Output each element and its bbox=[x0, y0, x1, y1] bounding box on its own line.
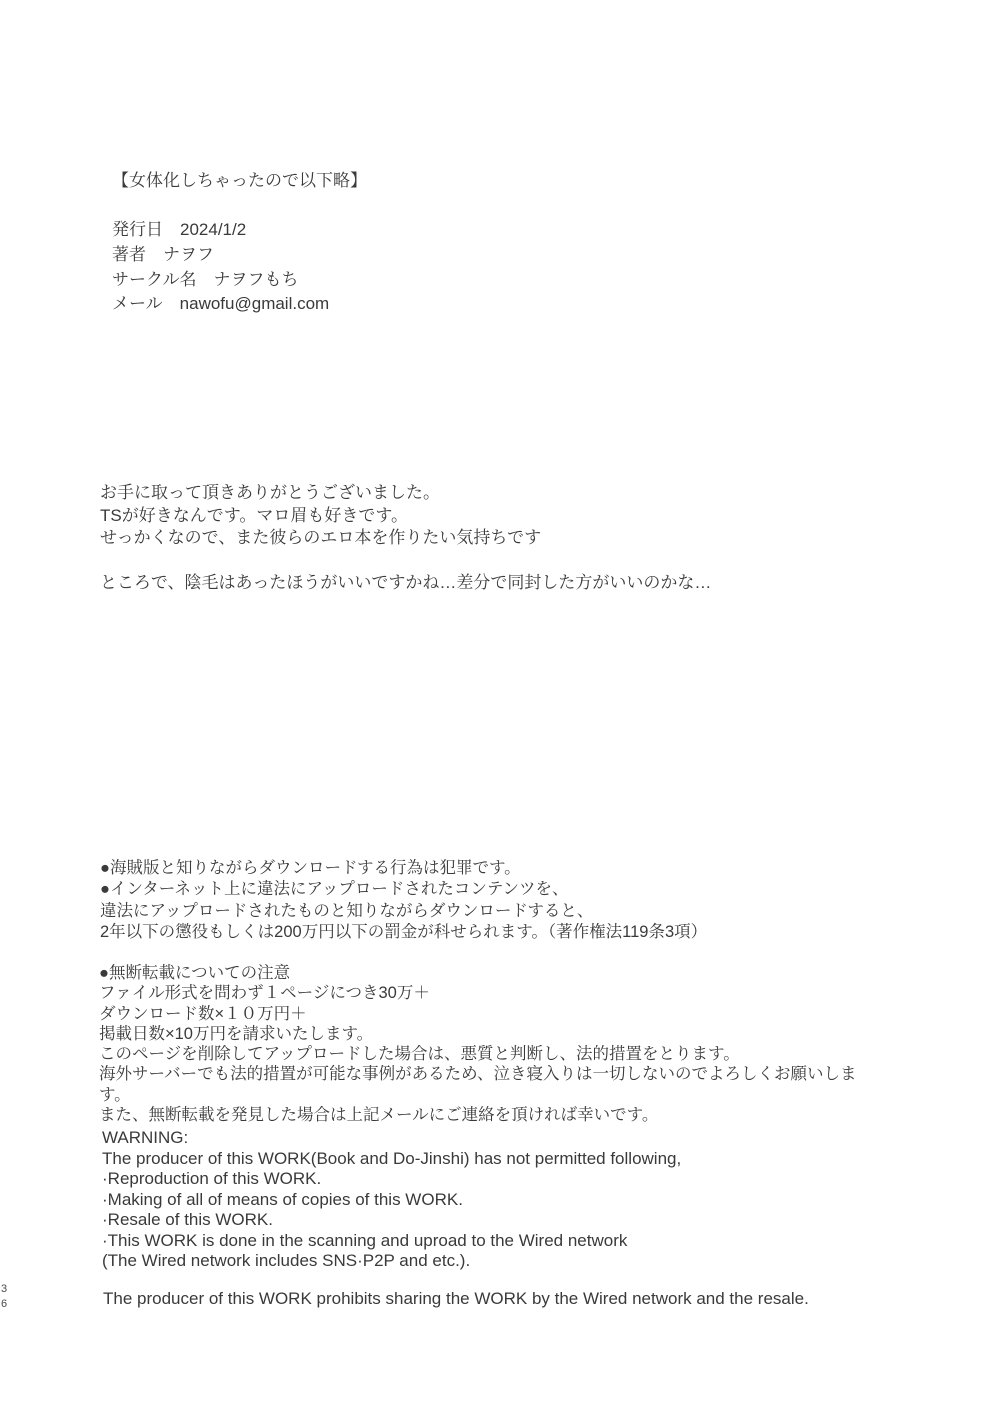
author-afterword: お手に取って頂きありがとうございました。 TSが好きなんです。マロ眉も好きです。… bbox=[100, 482, 820, 595]
page-number: 3 6 bbox=[1, 1282, 7, 1312]
reprint-notice-jp: ●無断転載についての注意 ファイル形式を問わず１ページにつき30万＋ ダウンロー… bbox=[99, 963, 879, 1125]
book-title: 【女体化しちゃったので以下略】 bbox=[112, 169, 512, 194]
warning-english: WARNING: The producer of this WORK(Book … bbox=[102, 1128, 822, 1272]
colophon-page: 【女体化しちゃったので以下略】 発行日 2024/1/2 著者 ナヲフ サークル… bbox=[0, 0, 1000, 1409]
colophon-block: 【女体化しちゃったので以下略】 発行日 2024/1/2 著者 ナヲフ サークル… bbox=[112, 144, 512, 342]
piracy-warning-jp: ●海賊版と知りながらダウンロードする行為は犯罪です。 ●インターネット上に違法に… bbox=[100, 858, 820, 943]
publication-details: 発行日 2024/1/2 著者 ナヲフ サークル名 ナヲフもち メール nawo… bbox=[112, 218, 512, 317]
warning-english-footer: The producer of this WORK prohibits shar… bbox=[103, 1289, 863, 1309]
